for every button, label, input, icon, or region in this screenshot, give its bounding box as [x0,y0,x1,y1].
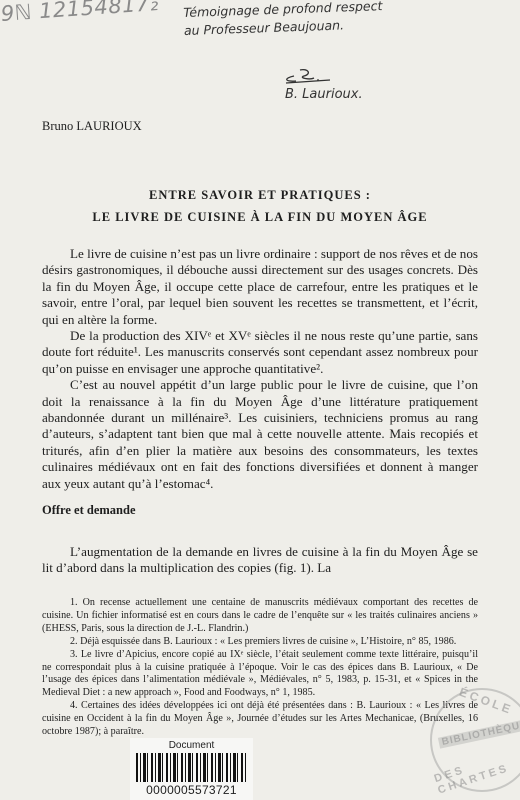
author-name: Bruno LAURIOUX [42,119,142,134]
article-title-line-1: ENTRE SAVOIR ET PRATIQUES : [0,188,520,203]
footnote: 2. Déjà esquissée dans B. Laurioux : « L… [42,636,478,649]
body-paragraph: Le livre de cuisine n’est pas un livre o… [42,246,478,328]
barcode-number: 0000005573721 [130,783,253,797]
barcode-icon [136,753,248,782]
body-paragraph: C’est au nouvel appétit d’un large publi… [42,377,478,492]
stamp-text-bottom: DES CHARTES [433,743,520,796]
article-title-line-2: LE LIVRE DE CUISINE À LA FIN DU MOYEN ÂG… [0,210,520,225]
intro-body: Le livre de cuisine n’est pas un livre o… [42,246,478,492]
footnote: 4. Certaines des idées développées ici o… [42,700,478,739]
footnote: 1. On recense actuellement une centaine … [42,597,478,636]
signature-scribble-icon [278,66,338,86]
library-stamp: ÉCOLE BIBLIOTHÈQUE DES CHARTES [430,688,520,792]
handwritten-shelfmark: 9ℕ 12154817₂ [0,0,159,26]
footnotes: 1. On recense actuellement une centaine … [42,597,478,739]
section-body: L’augmentation de la demande en livres d… [42,544,478,577]
stamp-text-top: ÉCOLE [457,685,515,717]
body-paragraph: De la production des XIVᵉ et XVᵉ siècles… [42,328,478,377]
handwritten-dedication: Témoignage de profond respect au Profess… [183,0,424,40]
body-paragraph: L’augmentation de la demande en livres d… [42,544,478,577]
barcode-caption: Document [130,740,253,751]
footnote: 3. Le livre d’Apicius, encore copié au I… [42,649,478,701]
handwritten-signature: B. Laurioux. [285,87,363,102]
document-page: 9ℕ 12154817₂ Témoignage de profond respe… [0,0,520,800]
stamp-text-middle: BIBLIOTHÈQUE [438,718,520,748]
barcode-label: Document 0000005573721 [130,738,253,800]
section-heading: Offre et demande [42,503,136,518]
